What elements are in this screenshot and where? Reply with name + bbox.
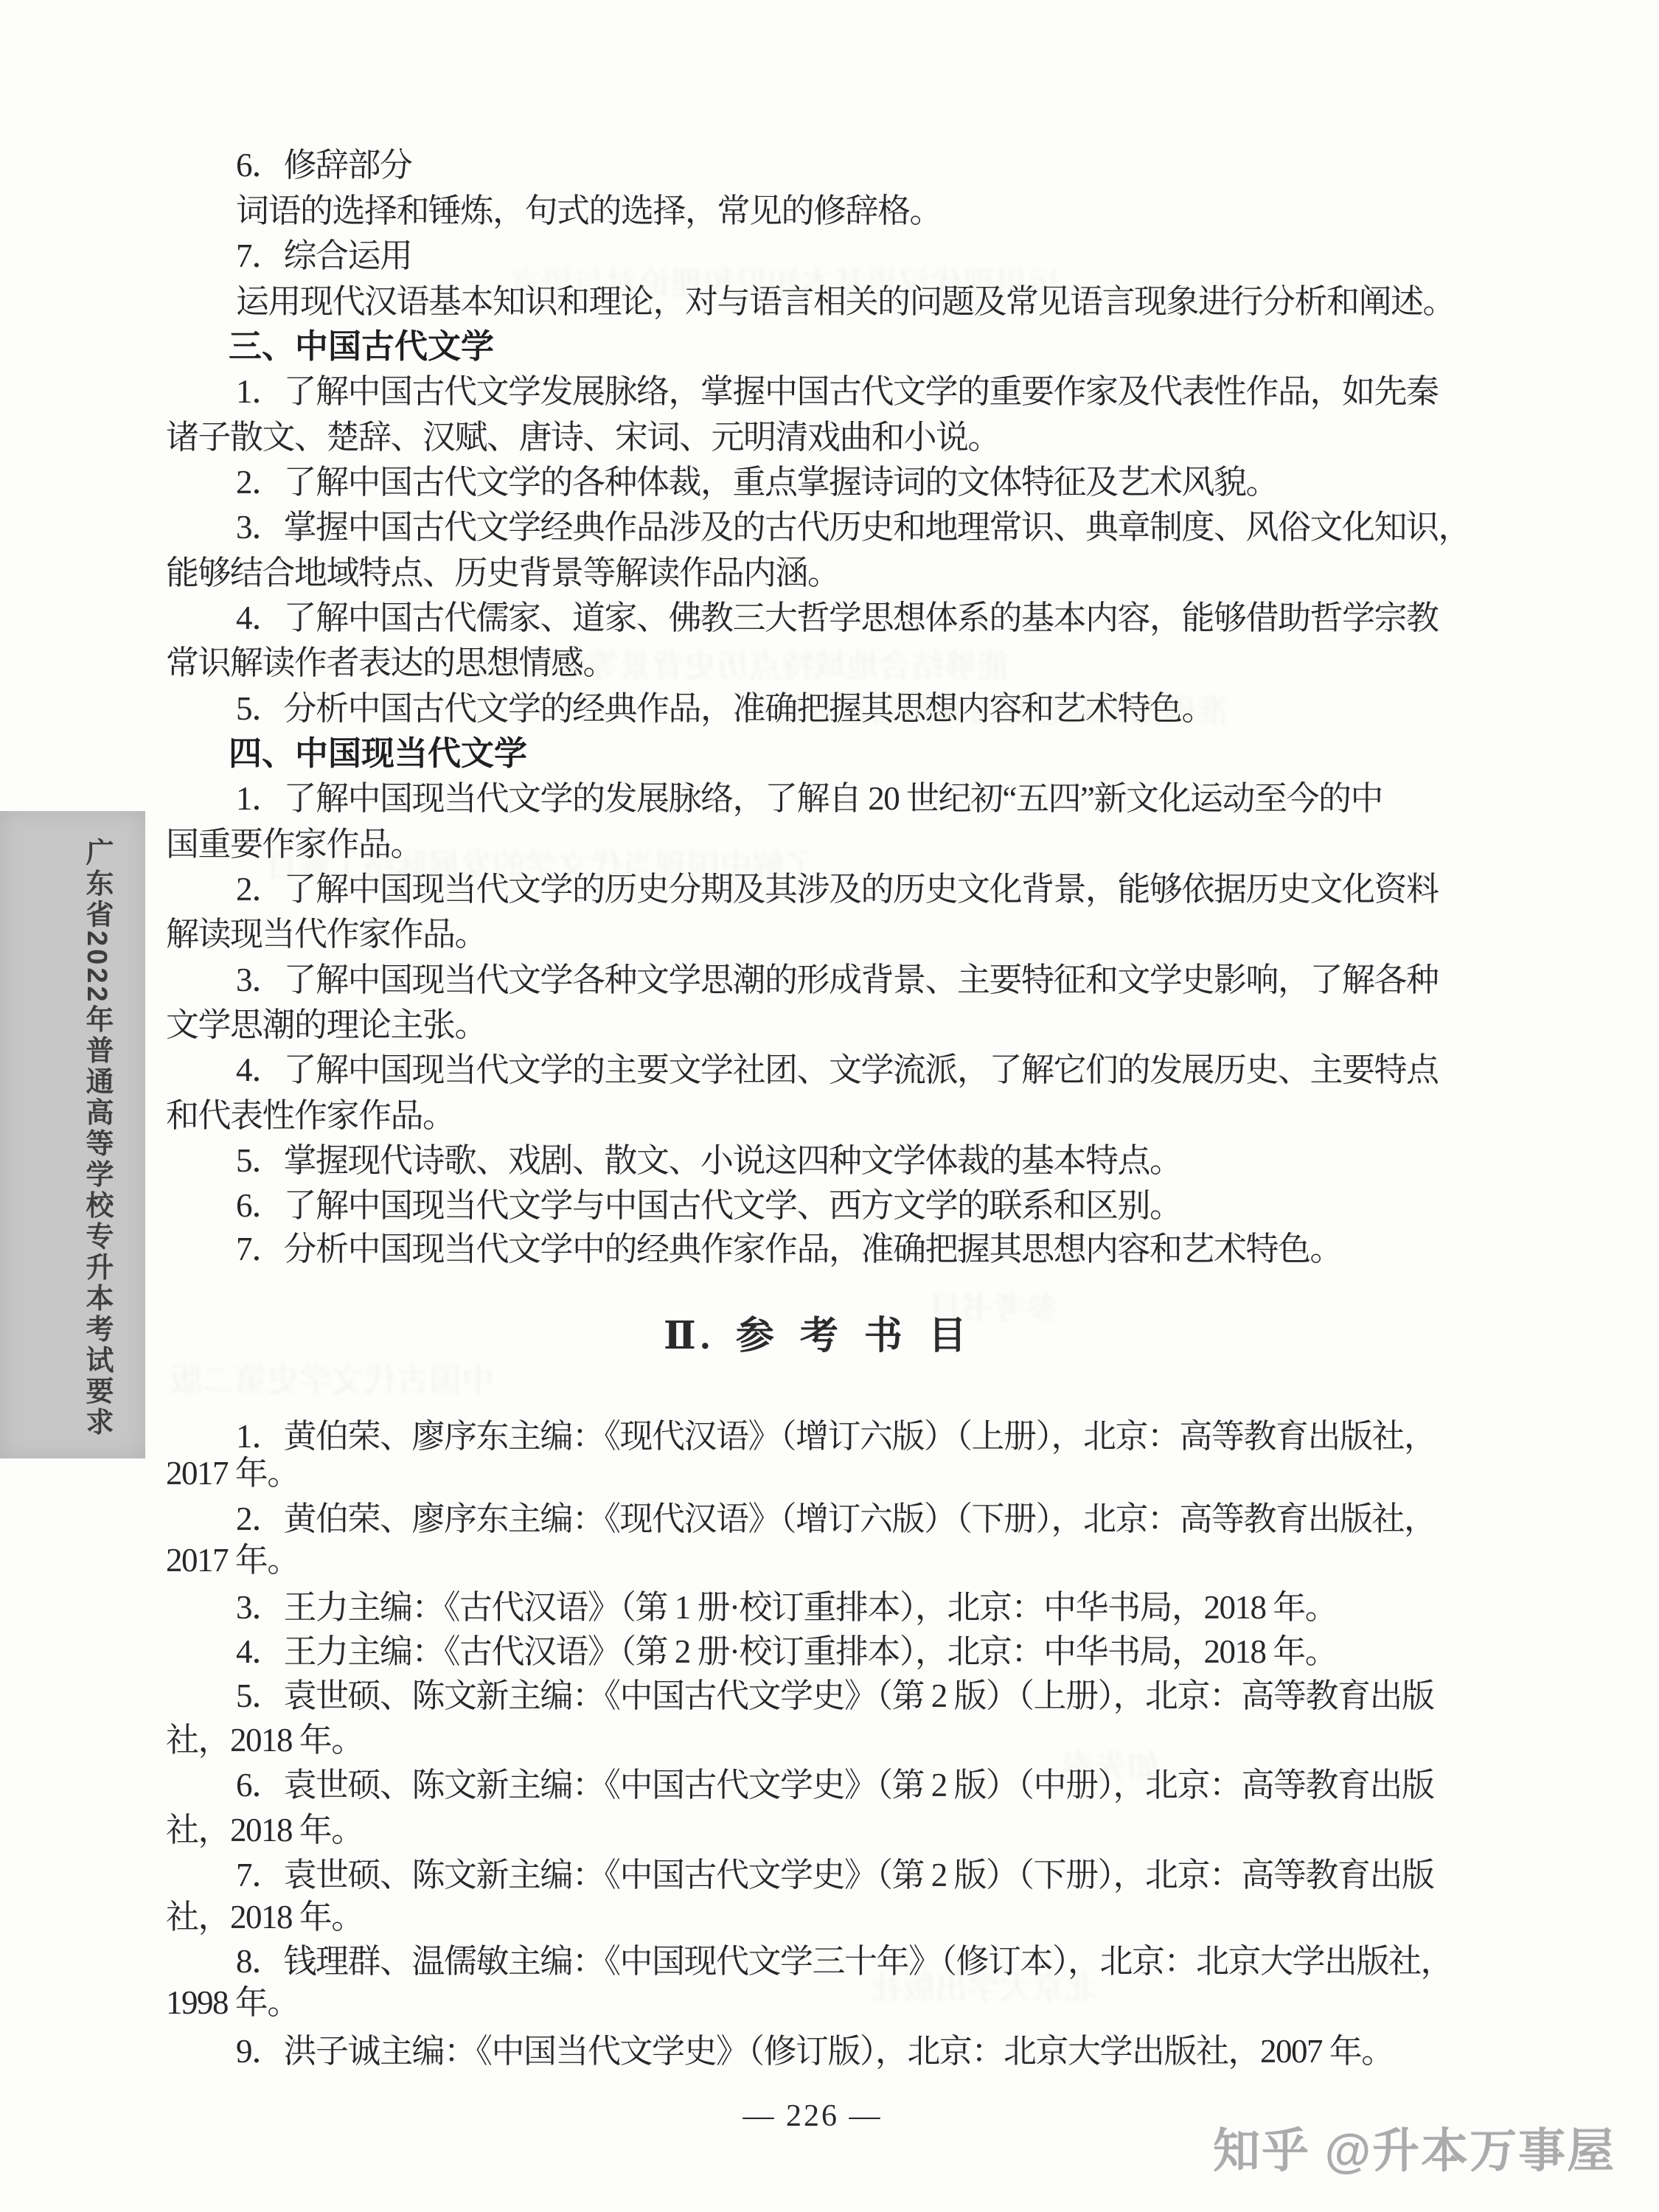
text-line: 3．王力主编：《古代汉语》（第 1 册·校订重排本），北京：中华书局，2018 … bbox=[236, 1585, 1337, 1630]
text-line: 和代表性作家作品。 bbox=[166, 1093, 455, 1138]
text-line: 4．王力主编：《古代汉语》（第 2 册·校订重排本），北京：中华书局，2018 … bbox=[236, 1630, 1337, 1674]
section-heading-reference-books: Ⅱ. 参 考 书 目 bbox=[664, 1304, 971, 1360]
text-line: 常识解读作者表达的思想情感。 bbox=[166, 641, 615, 685]
text-line: 社，2018 年。 bbox=[166, 1808, 364, 1852]
text-line: 6．袁世硕、陈文新主编：《中国古代文学史》（第 2 版）（中册），北京：高等教育… bbox=[236, 1763, 1434, 1807]
text-line: 解读现当代作家作品。 bbox=[166, 912, 487, 956]
text-line: 7．袁世硕、陈文新主编：《中国古代文学史》（第 2 版）（下册），北京：高等教育… bbox=[236, 1853, 1434, 1897]
bleedthrough-smudge: 中国古代文学史第二版 bbox=[170, 1354, 494, 1401]
text-line: 2017 年。 bbox=[166, 1451, 299, 1495]
sidebar-band: 广东省2022年普通高等学校专升本考试要求 bbox=[0, 811, 145, 1458]
text-line: 2．了解中国现当代文学的历史分期及其涉及的历史文化背景，能够依据历史文化资料 bbox=[236, 867, 1439, 911]
text-line: 5．分析中国古代文学的经典作品，准确把握其思想内容和艺术特色。 bbox=[236, 686, 1214, 731]
text-line: 5．袁世硕、陈文新主编：《中国古代文学史》（第 2 版）（上册），北京：高等教育… bbox=[236, 1674, 1434, 1718]
text-line: 运用现代汉语基本知识和理论，对与语言相关的问题及常见语言现象进行分析和阐述。 bbox=[236, 279, 1455, 324]
text-line: 文学思潮的理论主张。 bbox=[166, 1003, 487, 1047]
watermark-text: 知乎 @升本万事屋 bbox=[1213, 2113, 1615, 2181]
text-line: 7．综合运用 bbox=[236, 234, 412, 278]
text-line: 1．黄伯荣、廖序东主编：《现代汉语》（增订六版）（上册），北京：高等教育出版社， bbox=[236, 1414, 1436, 1458]
text-line: 6．了解中国现当代文学与中国古代文学、西方文学的联系和区别。 bbox=[236, 1183, 1182, 1228]
text-line: 9．洪子诚主编：《中国当代文学史》（修订版），北京：北京大学出版社，2007 年… bbox=[236, 2029, 1394, 2073]
section-title-line: 四、中国现当代文学 bbox=[229, 731, 527, 776]
text-line: 8．钱理群、温儒敏主编：《中国现代文学三十年》（修订本），北京：北京大学出版社， bbox=[236, 1939, 1453, 1983]
text-line: 3．了解中国现当代文学各种文学思潮的形成背景、主要特征和文学史影响，了解各种 bbox=[236, 958, 1439, 1002]
text-line: 国重要作家作品。 bbox=[166, 822, 422, 866]
text-line: 能够结合地域特点、历史背景等解读作品内涵。 bbox=[166, 551, 840, 595]
text-line: 5．掌握现代诗歌、戏剧、散文、小说这四种文学体裁的基本特点。 bbox=[236, 1138, 1182, 1183]
page-number: — 226 — bbox=[743, 2098, 883, 2134]
text-line: 1．了解中国古代文学发展脉络，掌握中国古代文学的重要作家及代表性作品，如先秦 bbox=[236, 369, 1439, 414]
text-line: 诸子散文、楚辞、汉赋、唐诗、宋词、元明清戏曲和小说。 bbox=[166, 415, 1000, 459]
text-layer: 运用现代汉语基本知识和理论对与语言能够结合地域特点历史背景等解读作品准确把握其思… bbox=[0, 0, 1659, 2212]
text-line: 7．分析中国现当代文学中的经典作家作品，准确把握其思想内容和艺术特色。 bbox=[236, 1227, 1342, 1271]
text-line: 3．掌握中国古代文学经典作品涉及的古代历史和地理常识、典章制度、风俗文化知识， bbox=[236, 505, 1470, 549]
text-line: 1．了解中国现当代文学的发展脉络，了解自 20 世纪初“五四”新文化运动至今的中 bbox=[236, 776, 1382, 821]
text-line: 2．黄伯荣、廖序东主编：《现代汉语》（增订六版）（下册），北京：高等教育出版社， bbox=[236, 1497, 1436, 1541]
text-line: 社，2018 年。 bbox=[166, 1718, 364, 1762]
text-line: 2．了解中国古代文学的各种体裁，重点掌握诗词的文体特征及艺术风貌。 bbox=[236, 460, 1278, 504]
text-line: 2017 年。 bbox=[166, 1538, 299, 1582]
section-title-line: 三、中国古代文学 bbox=[229, 324, 494, 369]
scanned-document-page: 运用现代汉语基本知识和理论对与语言能够结合地域特点历史背景等解读作品准确把握其思… bbox=[0, 0, 1659, 2212]
text-line: 4．了解中国现当代文学的主要文学社团、文学流派，了解它们的发展历史、主要特点 bbox=[236, 1048, 1439, 1092]
text-line: 词语的选择和锤炼，句式的选择，常见的修辞格。 bbox=[236, 189, 942, 233]
text-line: 4．了解中国古代儒家、道家、佛教三大哲学思想体系的基本内容，能够借助哲学宗教 bbox=[236, 596, 1439, 640]
text-line: 社，2018 年。 bbox=[166, 1895, 364, 1939]
text-line: 6．修辞部分 bbox=[236, 143, 412, 187]
text-line: 1998 年。 bbox=[166, 1980, 299, 2025]
sidebar-vertical-title: 广东省2022年普通高等学校专升本考试要求 bbox=[77, 838, 117, 1439]
